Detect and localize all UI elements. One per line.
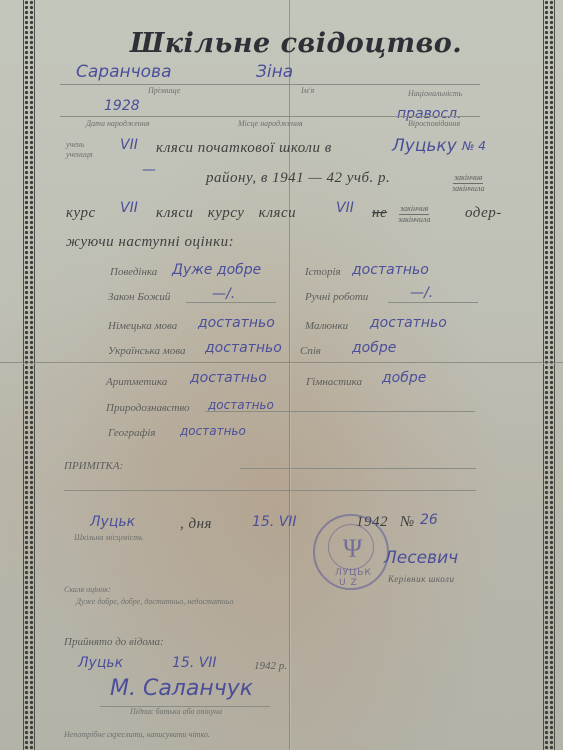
course-value: VII (120, 200, 138, 216)
stamp-top-text: ЛУЦЬК (335, 568, 372, 578)
surname-label: Прізвище (148, 86, 180, 95)
subject-label: Ручні роботи (305, 291, 368, 303)
subject-label: Гімнастика (306, 376, 362, 388)
district-value: — (142, 162, 156, 178)
course-label: курс (66, 205, 96, 222)
course-line-end: одер- (465, 205, 502, 222)
grade-value: Дуже добре (172, 262, 261, 278)
note-label: ПРИМІТКА: (64, 460, 123, 472)
finished-m-label: закінчив (453, 173, 483, 184)
grade-value: добре (352, 340, 396, 356)
city-value: Луцьку (392, 136, 457, 156)
student-f-label: учениця (66, 150, 93, 160)
name-label: Ім'я (301, 86, 314, 95)
subject-label: Німецька мова (108, 320, 177, 332)
footnote: Непотрібне скреслити, написувати чітко. (64, 730, 210, 739)
subject-label: Історія (305, 266, 341, 278)
grade-value: достатньо (205, 340, 282, 356)
course-class-value: VII (336, 200, 354, 216)
subject-label: Спів (300, 345, 321, 357)
note-line-1 (240, 468, 476, 469)
subject-label: Географія (108, 427, 155, 439)
finished-f-label-2: закінчила (398, 215, 430, 225)
grade-value: достатньо (370, 315, 447, 331)
issued-date-value: 15. VII (252, 514, 297, 530)
scale-text: Дуже добре, добре, достатньо, недостатнь… (76, 597, 233, 606)
horizontal-fold-line (0, 362, 563, 364)
number-label: № (400, 514, 415, 531)
finished-m-label-2: закінчив (399, 204, 429, 215)
subject-label: Поведінка (110, 266, 157, 278)
grade-underline (205, 411, 475, 412)
stamp-bottom-text: U Z (339, 578, 358, 588)
trident-icon: Ψ (343, 534, 362, 564)
grade-value: —/. (410, 285, 433, 301)
grade-value: достатньо (180, 424, 246, 438)
director-label: Керівник школи (388, 574, 454, 584)
parent-signature: М. Саланчук (110, 676, 253, 701)
birth-year-label: Дата народження (86, 119, 149, 128)
ack-year: 1942 р. (254, 660, 287, 672)
issued-place-value: Луцьк (90, 514, 135, 530)
place-label: Шкільна місцевість (74, 533, 143, 542)
note-line-2 (64, 490, 476, 491)
grade-value: достатньо (190, 370, 267, 386)
subject-label: Закон Божий (108, 291, 170, 303)
subject-label: Українська мова (108, 345, 186, 357)
grade-value: —/. (212, 286, 235, 302)
subject-label: Природознавство (106, 402, 190, 414)
day-label: , дня (180, 516, 212, 533)
acknowledged-label: Прийнято до відома: (64, 636, 164, 648)
scale-label: Скаля оцінок: (64, 585, 111, 594)
name-underline (60, 84, 480, 85)
director-signature: Лесевич (384, 548, 458, 568)
grade-underline (388, 302, 478, 303)
subject-label: Малюнки (305, 320, 348, 332)
ack-date-value: 15. VII (172, 655, 217, 671)
course-line-text: кляси курсу кляси (156, 205, 296, 222)
finished-f-label: закінчила (452, 184, 484, 194)
parent-signature-label: Підпис батька або опікуна (130, 707, 222, 716)
student-gender-choice: учень учениця (66, 140, 93, 160)
stamp-inner-ring: Ψ (328, 524, 374, 570)
religion-label: Віросповідання (408, 119, 460, 128)
name-value: Зіна (256, 62, 293, 82)
birth-year-value: 1928 (104, 98, 140, 114)
school-stamp: Ψ ЛУЦЬК U Z (313, 514, 389, 590)
student-m-label: учень (66, 140, 93, 150)
finished-choice-1: закінчивзакінчила (452, 167, 484, 194)
birth-underline (60, 116, 480, 117)
ack-place-value: Луцьк (78, 655, 123, 671)
finished-choice-2: закінчивзакінчила (398, 198, 430, 225)
grade-value: достатньо (198, 315, 275, 331)
school-number-value: № 4 (462, 139, 486, 153)
nationality-label: Національність (408, 89, 462, 98)
ornamental-border-right (543, 0, 555, 750)
certificate-number-value: 26 (420, 512, 438, 528)
ornamental-border-left (23, 0, 35, 750)
birthplace-label: Місце народження (238, 119, 303, 128)
grades-intro: жуючи наступні оцінки: (66, 234, 234, 251)
class-value: VII (120, 137, 138, 153)
district-line-text: району, в 1941 — 42 учб. р. (206, 170, 390, 187)
vertical-fold-line (289, 0, 291, 750)
grade-value: добре (382, 370, 426, 386)
subject-label: Аритметика (106, 376, 167, 388)
grade-underline (186, 302, 276, 303)
grade-value: достатньо (352, 262, 429, 278)
ne-struck: не (372, 205, 387, 222)
document-title: Шкільне свідоцтво. (130, 28, 462, 59)
grade-value: достатньо (208, 398, 274, 412)
class-line-text: кляси початкової школи в (156, 140, 332, 157)
surname-value: Саранчова (76, 62, 172, 82)
